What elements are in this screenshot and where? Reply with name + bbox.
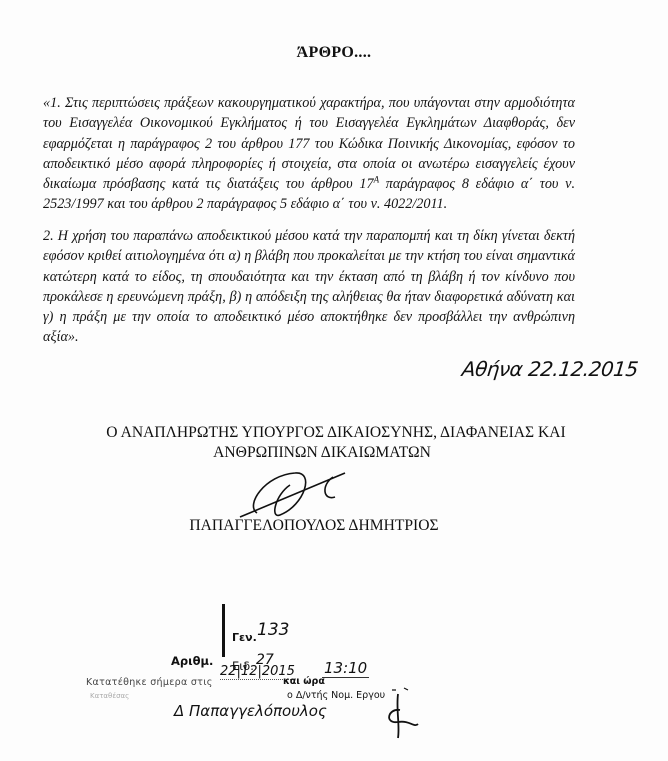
stamp-gen-label: Γεν. bbox=[232, 631, 257, 644]
handwritten-name: Δ Παπαγγελόπουλος bbox=[174, 702, 327, 720]
office-title-line-1: Ο ΑΝΑΠΛΗΡΩΤΗΣ ΥΠΟΥΡΓΟΣ ΔΙΚΑΙΟΣΥΝΗΣ, ΔΙΑΦ… bbox=[2, 423, 668, 443]
stamp-gen-value: 133 bbox=[257, 620, 289, 640]
stamp-arith-label: Αριθμ. bbox=[171, 654, 213, 668]
stamp-filed-label: Κατατέθηκε σήμερα στις bbox=[86, 677, 213, 688]
stamp-small-label: Καταθέσας bbox=[90, 692, 129, 700]
document-page: ΆΡΘΡΟ.... «1. Στις περιπτώσεις πράξεων κ… bbox=[0, 0, 668, 761]
paragraph-2: 2. Η χρήση του παραπάνω αποδεικτικού μέσ… bbox=[43, 226, 575, 348]
paragraph-1: «1. Στις περιπτώσεις πράξεων κακουργηματ… bbox=[43, 93, 575, 215]
initials-icon bbox=[370, 680, 430, 740]
stamp-time-value: 13:10 bbox=[322, 659, 369, 678]
stamp-divider bbox=[222, 604, 225, 657]
stamp-time-label: και ώρα bbox=[283, 676, 325, 687]
article-title: ΆΡΘΡΟ.... bbox=[0, 44, 668, 62]
handwritten-place-date: Αθήνα 22.12.2015 bbox=[461, 357, 639, 381]
signer-name: ΠΑΠΑΓΓΕΛΟΠΟΥΛΟΣ ΔΗΜΗΤΡΙΟΣ bbox=[0, 517, 648, 535]
office-title-line-2: ΑΝΘΡΩΠΙΝΩΝ ΔΙΚΑΙΩΜΑΤΩΝ bbox=[0, 443, 656, 463]
signature-icon bbox=[235, 465, 355, 520]
